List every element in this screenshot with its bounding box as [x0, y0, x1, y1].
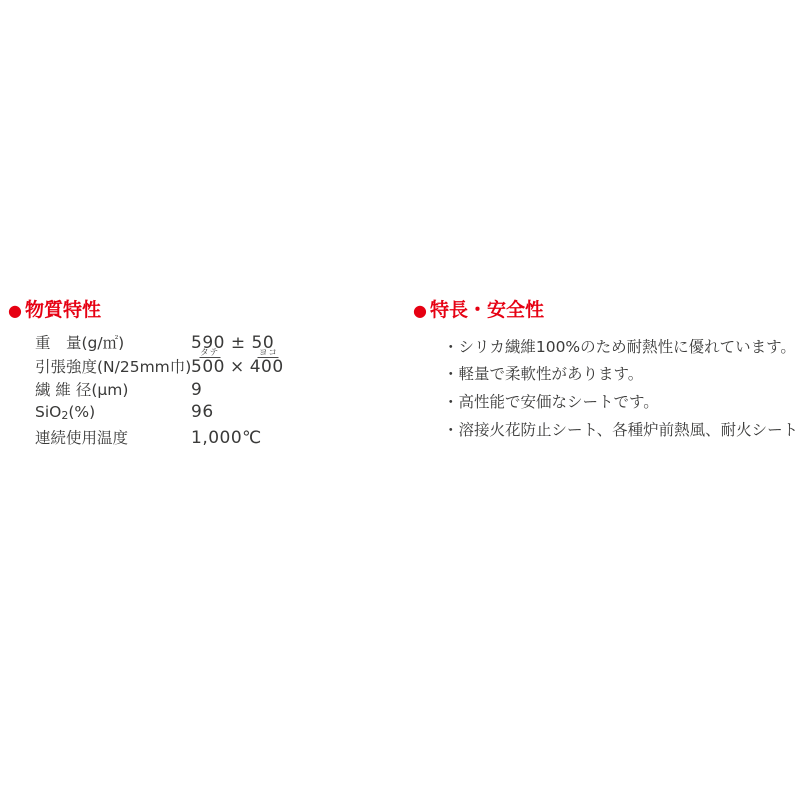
list-item: ・軽量で柔軟性があります。 [443, 361, 798, 389]
row-value: タテ500 × ヨコ400 [191, 357, 284, 377]
sio2-label-subscript: 2 [61, 409, 68, 422]
row-label: SiO2(%) [35, 403, 191, 421]
list-item: ・シリカ繊維100%のため耐熱性に優れています。 [443, 334, 798, 362]
features-safety-title: 特長・安全性 [430, 300, 544, 322]
red-bullet-icon: ● [8, 303, 22, 319]
list-item: ・高性能で安価なシートです。 [443, 389, 798, 417]
row-label: 連続使用温度 [35, 426, 191, 448]
features-safety-section: ● 特長・安全性 ・シリカ繊維100%のため耐熱性に優れています。 ・軽量で柔軟… [413, 300, 798, 444]
row-value: 9 [191, 380, 202, 400]
tensile-warp-value: タテ500 [191, 357, 225, 377]
warp-ruby-label: タテ [199, 349, 220, 359]
weft-ruby-label: ヨコ [258, 349, 279, 359]
material-properties-title: 物質特性 [25, 300, 101, 322]
row-value: 96 [191, 402, 214, 422]
material-properties-header: ● 物質特性 [8, 300, 284, 322]
table-row-tensile-strength: 引張強度(N/25mm巾) タテ500 × ヨコ400 [35, 355, 284, 379]
multiply-sign: × [230, 357, 245, 377]
features-safety-header: ● 特長・安全性 [413, 300, 798, 322]
tensile-weft-value: ヨコ400 [250, 357, 284, 377]
warp-number: 500 [191, 357, 225, 377]
row-value: 1,000℃ [191, 428, 262, 448]
table-row-continuous-use-temperature: 連続使用温度 1,000℃ [35, 426, 284, 450]
row-label: 繊 維 径(μm) [35, 378, 191, 400]
row-label: 引張強度(N/25mm巾) [35, 355, 191, 377]
weft-number: 400 [250, 357, 284, 377]
table-row-sio2: SiO2(%) 96 [35, 402, 284, 426]
features-list: ・シリカ繊維100%のため耐熱性に優れています。 ・軽量で柔軟性があります。 ・… [443, 334, 798, 444]
red-bullet-icon: ● [413, 303, 427, 319]
material-properties-section: ● 物質特性 重 量(g/㎡) 590 ± 50 引張強度(N/25mm巾) タ… [8, 300, 284, 450]
sio2-label-pre: SiO [35, 403, 61, 421]
table-row-weight: 重 量(g/㎡) 590 ± 50 [35, 331, 284, 355]
list-item: ・溶接火花防止シート、各種炉前熱風、耐火シート [443, 417, 798, 445]
sio2-label-post: (%) [68, 403, 95, 421]
table-row-fiber-diameter: 繊 維 径(μm) 9 [35, 378, 284, 402]
row-label: 重 量(g/㎡) [35, 331, 191, 353]
properties-table: 重 量(g/㎡) 590 ± 50 引張強度(N/25mm巾) タテ500 × … [35, 331, 284, 450]
page: ● 物質特性 重 量(g/㎡) 590 ± 50 引張強度(N/25mm巾) タ… [0, 0, 800, 800]
